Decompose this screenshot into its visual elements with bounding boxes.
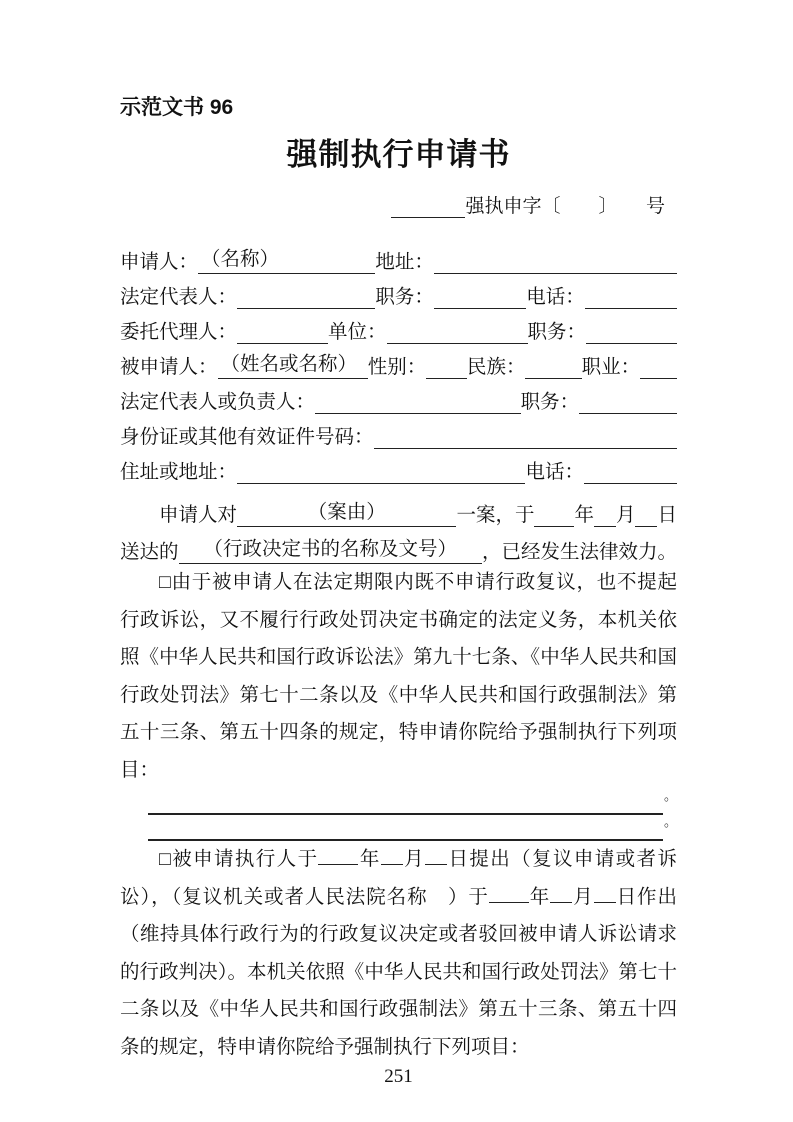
respondent-name-hint: （姓名或名称） (218, 352, 361, 378)
case-number-blank-field[interactable] (391, 193, 465, 218)
appeal-year-field[interactable] (318, 847, 358, 865)
legal-rep-label: 法定代表人： (120, 281, 237, 309)
residence-field[interactable] (237, 458, 525, 484)
respondent-legal-rep-title-label: 职务： (521, 386, 580, 414)
execution-item-period-1: 。 (664, 789, 677, 802)
case-intro-seg1: 申请人对 (159, 499, 237, 527)
case-intro-seg2: 一案，于 (456, 499, 534, 527)
case-cause-hint: （案由） (305, 500, 389, 526)
appeal-month-field[interactable] (381, 847, 403, 865)
after-review-month2-label: 月 (572, 887, 593, 908)
execution-item-row-1: 。 (120, 789, 677, 815)
respondent-legal-rep-field[interactable] (315, 388, 521, 414)
legal-rep-phone-label: 电话： (526, 281, 585, 309)
occupation-field[interactable] (640, 353, 677, 379)
execution-item-field-1[interactable] (148, 789, 663, 815)
form-row-agent: 委托代理人： 单位： 职务： (120, 309, 677, 344)
agent-org-field[interactable] (387, 318, 528, 344)
page-title: 强制执行申请书 (120, 134, 677, 176)
after-review-month1-label: 月 (403, 849, 425, 870)
option-no-review-text: 由于被申请人在法定期限内既不申请行政复议，也不提起行政诉讼，又不履行行政处罚决定… (120, 572, 677, 781)
gender-field[interactable] (426, 353, 467, 379)
doc-series-label: 示范文书 96 (120, 95, 677, 121)
delivery-day-field[interactable] (635, 501, 657, 527)
case-intro-line-1: 申请人对 （案由） 一案，于 年 月 日 (120, 489, 677, 527)
form-row-legal-rep: 法定代表人： 职务： 电话： (120, 274, 677, 309)
applicant-name-field[interactable]: （名称） (198, 248, 375, 274)
page-number: 251 (120, 1066, 677, 1088)
paragraph-case-intro: 申请人对 （案由） 一案，于 年 月 日 送达的 （行政决定书的名称及文号） ，… (120, 489, 677, 564)
legal-rep-phone-field[interactable] (585, 283, 677, 309)
id-number-label: 身份证或其他有效证件号码： (120, 421, 374, 449)
after-review-seg1: 被申请执行人于 (172, 849, 318, 870)
case-intro-line-2: 送达的 （行政决定书的名称及文号） ，已经发生法律效力。 (120, 527, 677, 565)
execution-item-row-2: 。 (120, 815, 677, 841)
gender-label: 性别： (368, 351, 427, 379)
form-row-id-number: 身份证或其他有效证件号码： (120, 414, 677, 449)
case-intro-seg3: 送达的 (120, 536, 179, 564)
paragraph-option-after-review: □被申请执行人于年月日提出（复议申请或者诉讼），（复议机关或者人民法院名称 ）于… (120, 841, 677, 1066)
case-intro-seg4: ，已经发生法律效力。 (482, 536, 677, 564)
decision-doc-hint: （行政决定书的名称及文号） (200, 537, 460, 563)
ruling-year-field[interactable] (489, 885, 529, 903)
respondent-legal-rep-title-field[interactable] (579, 388, 677, 414)
form-row-respondent: 被申请人： （姓名或名称） 性别： 民族： 职业： (120, 344, 677, 379)
phone-label: 电话： (525, 456, 584, 484)
ruling-day-field[interactable] (594, 885, 616, 903)
form-row-applicant: 申请人： （名称） 地址： (120, 239, 677, 274)
legal-rep-name-field[interactable] (237, 283, 375, 309)
delivery-year-field[interactable] (534, 501, 574, 527)
agent-label: 委托代理人： (120, 316, 237, 344)
ruling-month-field[interactable] (550, 885, 572, 903)
residence-label: 住址或地址： (120, 456, 237, 484)
delivery-month-field[interactable] (594, 501, 616, 527)
legal-rep-title-label: 职务： (375, 281, 434, 309)
occupation-label: 职业： (582, 351, 641, 379)
respondent-legal-rep-label: 法定代表人或负责人： (120, 386, 315, 414)
document-page: 示范文书 96 强制执行申请书 强执申字〔 〕 号 申请人： （名称） 地址： … (0, 0, 793, 1122)
ethnicity-field[interactable] (525, 353, 581, 379)
ethnicity-label: 民族： (467, 351, 526, 379)
applicant-label: 申请人： (120, 246, 198, 274)
applicant-name-hint: （名称） (198, 247, 282, 273)
id-number-field[interactable] (374, 423, 677, 449)
form-fields: 申请人： （名称） 地址： 法定代表人： 职务： 电话： 委托代理人： 单位： … (120, 239, 677, 484)
case-number-line: 强执申字〔 〕 号 (120, 191, 677, 218)
day-label: 日 (657, 499, 677, 527)
execution-item-period-2: 。 (664, 815, 677, 828)
month-label: 月 (616, 499, 636, 527)
agent-title-label: 职务： (528, 316, 587, 344)
applicant-address-field[interactable] (434, 248, 677, 274)
form-row-residence: 住址或地址： 电话： (120, 449, 677, 484)
appeal-day-field[interactable] (425, 847, 447, 865)
form-row-respondent-legal-rep: 法定代表人或负责人： 职务： (120, 379, 677, 414)
respondent-name-field[interactable]: （姓名或名称） (218, 353, 368, 379)
agent-name-field[interactable] (237, 318, 328, 344)
after-review-seg3: 日作出（维持具体行政行为的行政复议决定或者驳回被申请人诉讼请求的行政判决）。本机… (120, 887, 677, 1058)
legal-rep-title-field[interactable] (434, 283, 526, 309)
phone-field[interactable] (584, 458, 677, 484)
checkbox-no-review[interactable]: □ (159, 572, 172, 593)
agent-title-field[interactable] (586, 318, 677, 344)
case-cause-field[interactable]: （案由） (237, 501, 456, 527)
checkbox-after-review[interactable]: □ (159, 849, 172, 870)
after-review-year1-label: 年 (358, 849, 380, 870)
agent-org-label: 单位： (328, 316, 387, 344)
paragraph-option-no-review: □由于被申请人在法定期限内既不申请行政复议，也不提起行政诉讼，又不履行行政处罚决… (120, 564, 677, 789)
address-label: 地址： (375, 246, 434, 274)
case-number-label: 强执申字〔 〕 号 (465, 191, 665, 218)
after-review-year2-label: 年 (529, 887, 550, 908)
decision-doc-field[interactable]: （行政决定书的名称及文号） (179, 538, 482, 564)
year-label: 年 (574, 499, 594, 527)
respondent-label: 被申请人： (120, 351, 218, 379)
execution-item-field-2[interactable] (148, 815, 663, 841)
